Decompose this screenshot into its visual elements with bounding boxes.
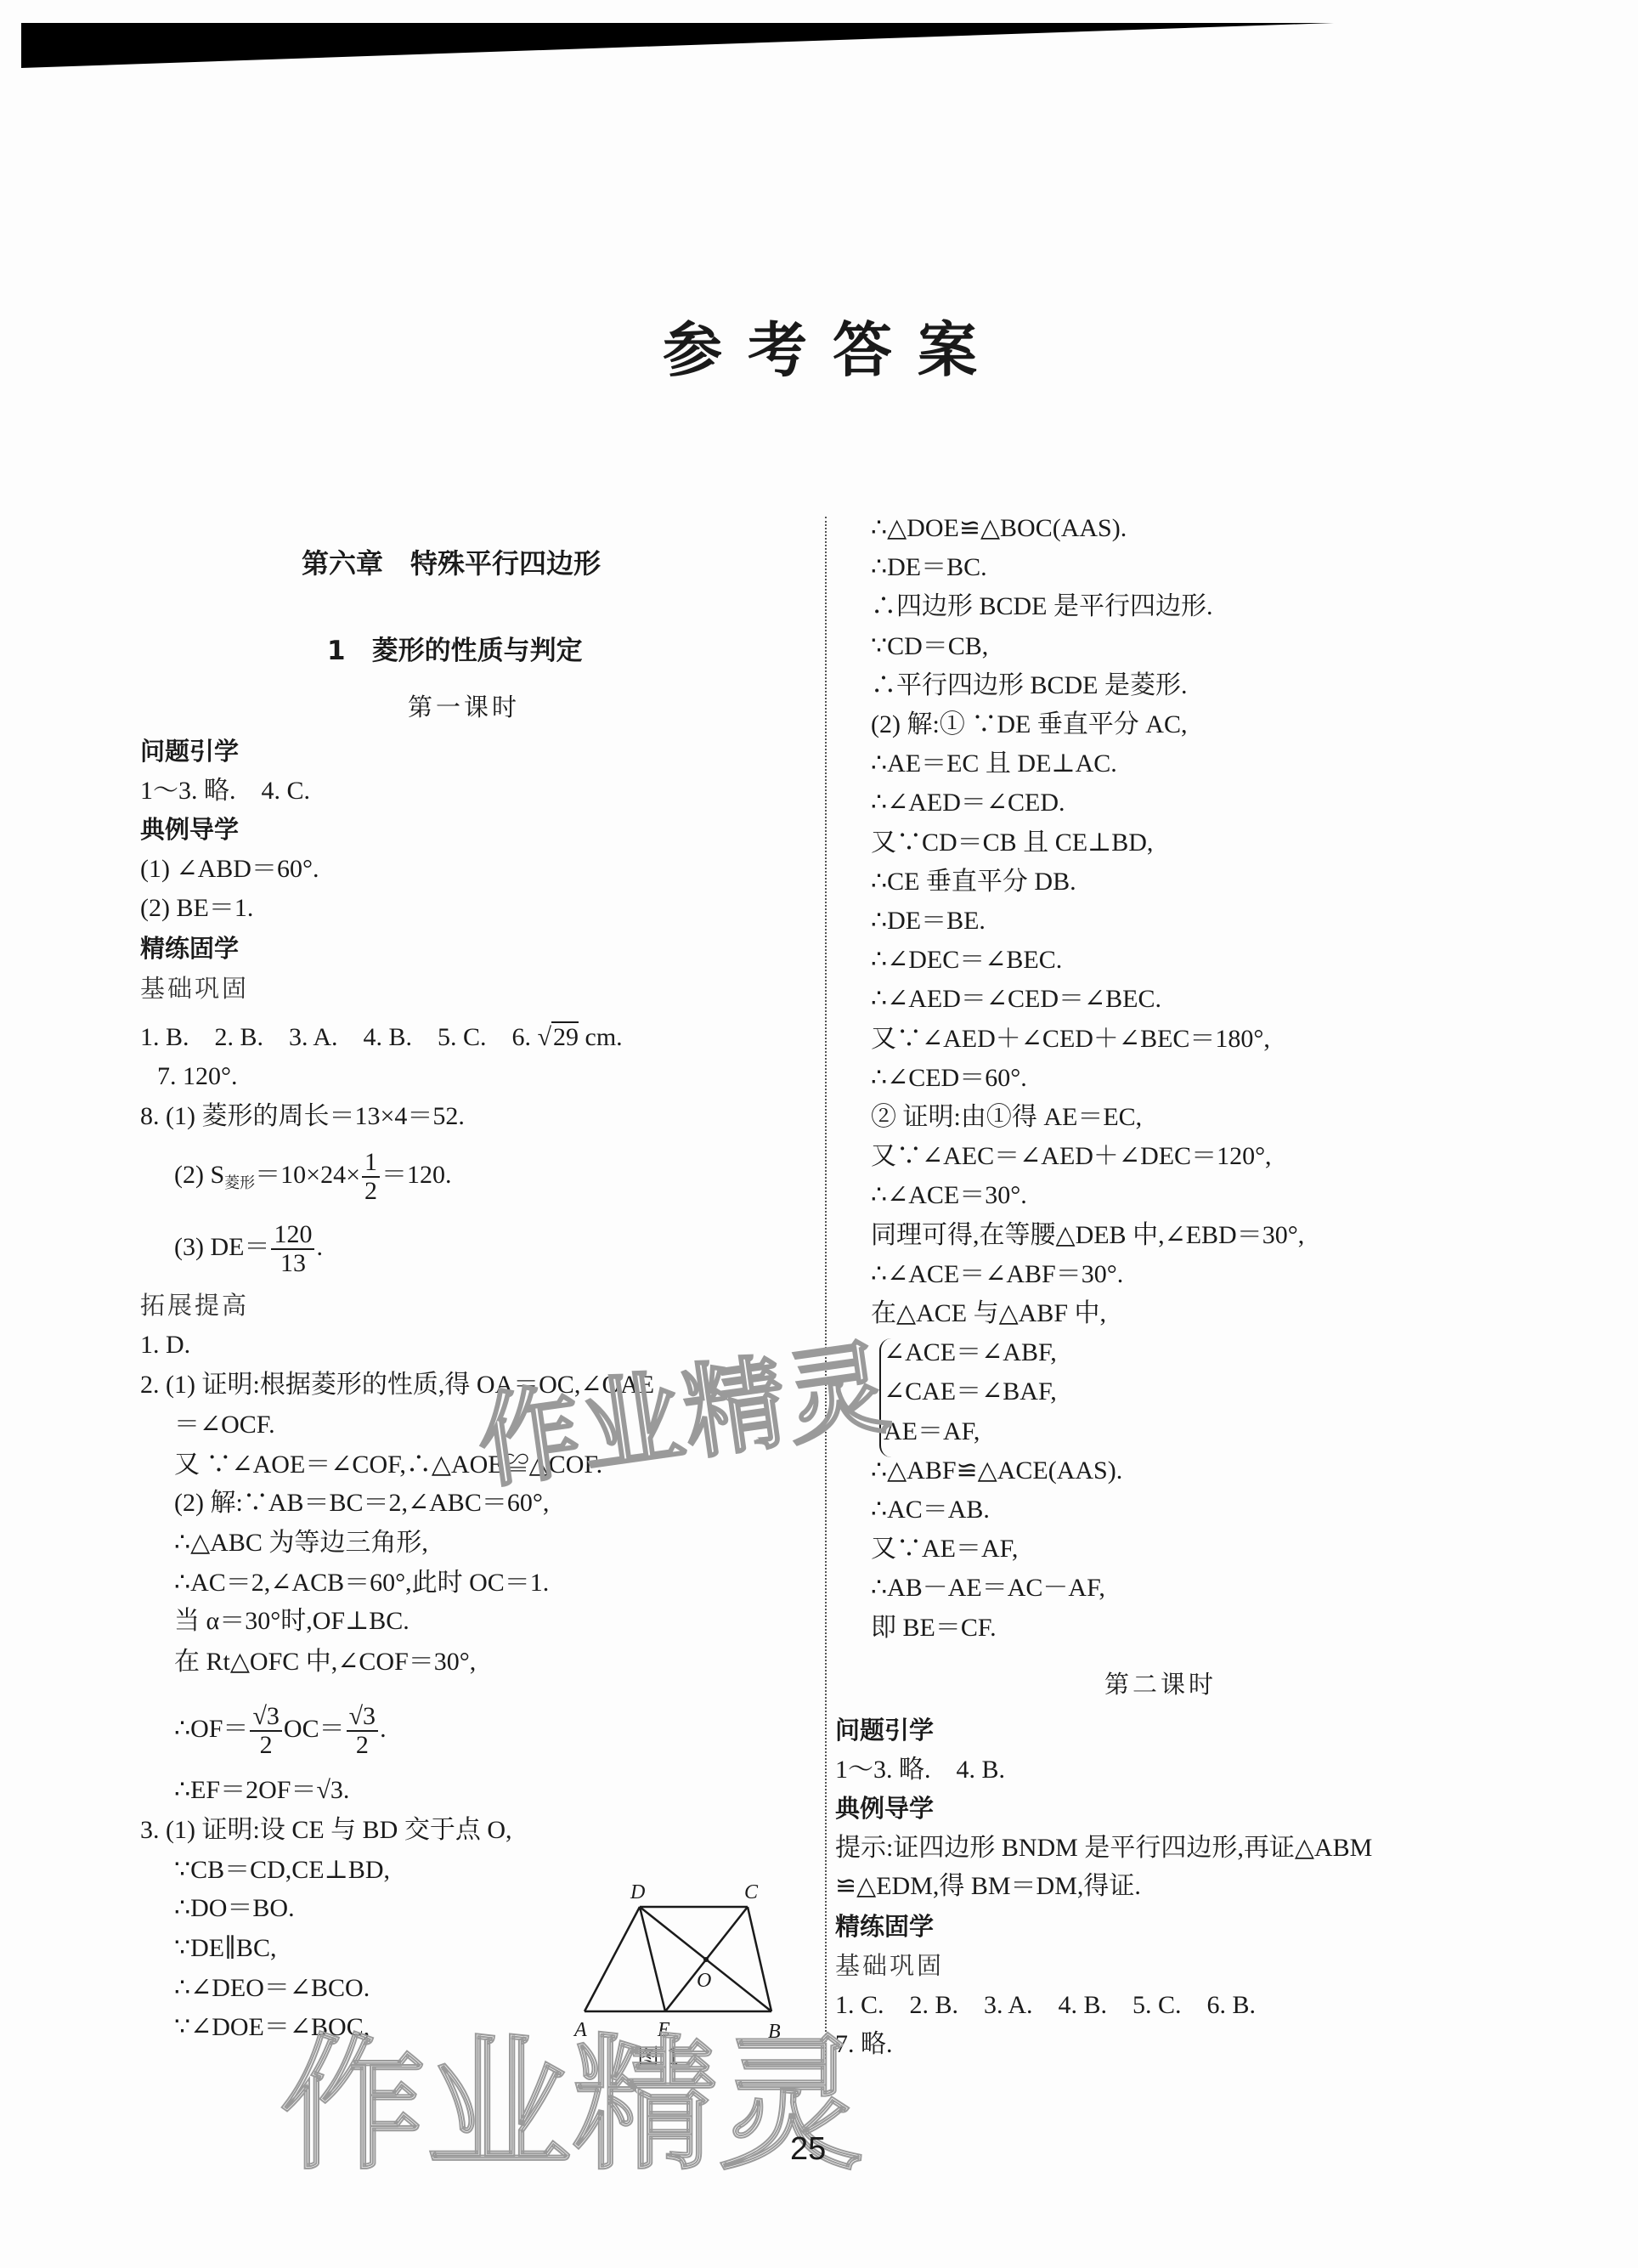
figure-label-o: O [697, 1970, 711, 1993]
proof-line: ∵CD＝CB, [871, 630, 988, 664]
chapter-heading: 第六章 特殊平行四边形 [302, 546, 601, 580]
proof-line: ∴AE＝EC 且 DE⊥AC. [871, 747, 1117, 781]
proof-line: ∴∠ACE＝30°. [871, 1179, 1027, 1213]
answer-line: 提示:证四边形 BNDM 是平行四边形,再证△ABM [835, 1831, 1372, 1865]
proof-line: ∴∠AED＝∠CED. [871, 786, 1065, 820]
answer-line: ∴OF＝√32OC＝√32. [174, 1700, 387, 1759]
figure-label-c: C [744, 1881, 758, 1904]
fraction: √32 [347, 1703, 378, 1759]
answer-line: ∴EF＝2OF＝√3. [174, 1773, 349, 1807]
answer-line: 2. (1) 证明:根据菱形的性质,得 OA＝OC,∠OAE [140, 1368, 654, 1402]
proof-line: ∴DE＝BE. [871, 904, 986, 938]
numerator: √3 [250, 1703, 281, 1732]
answer-text: 1. B. 2. B. 3. A. 4. B. 5. C. 6. [140, 1023, 538, 1051]
label-question-intro: 问题引学 [835, 1713, 934, 1747]
figure-caption: 图 1 [637, 2039, 681, 2071]
label-extension: 拓展提高 [140, 1288, 249, 1322]
answer-text: ＝10×24× [255, 1161, 360, 1189]
answer-line: 3. (1) 证明:设 CE 与 BD 交于点 O, [140, 1813, 512, 1847]
proof-line: ∴∠ACE＝∠ABF＝30°. [871, 1258, 1123, 1292]
answer-text: ∴OF＝ [174, 1715, 248, 1743]
answer-line: ∴△ABC 为等边三角形, [174, 1526, 428, 1560]
figure-label-e: E [658, 2019, 670, 2042]
proof-line: ∴∠CED＝60°. [871, 1061, 1027, 1095]
answer-text: . [380, 1715, 387, 1743]
proof-line: 又∵∠AED＋∠CED＋∠BEC＝180°, [871, 1022, 1270, 1056]
proof-line: ∴△DOE≌△BOC(AAS). [871, 512, 1127, 546]
answer-line: 1. D. [140, 1328, 190, 1362]
system-brace [879, 1338, 896, 1457]
answer-line: ≌△EDM,得 BM＝DM,得证. [835, 1869, 1141, 1903]
proof-line: ∴CE 垂直平分 DB. [871, 865, 1076, 899]
proof-line: ∴∠AED＝∠CED＝∠BEC. [871, 982, 1161, 1016]
answer-line: 又 ∵∠AOE＝∠COF,∴△AOE≌△COF. [174, 1448, 602, 1482]
figure-label-a: A [574, 2019, 587, 2042]
label-practice: 精练固学 [140, 931, 239, 965]
answer-line: (1) ∠ABD＝60°. [140, 852, 319, 886]
proof-line: ② 证明:由①得 AE＝EC, [871, 1100, 1142, 1134]
sqrt-sign: √ [538, 1023, 551, 1051]
numerator: √3 [347, 1703, 378, 1732]
section-heading: 1 菱形的性质与判定 [327, 634, 583, 668]
proof-line: 又∵AE＝AF, [871, 1532, 1018, 1566]
answer-line: 1～3. 略. 4. B. [835, 1753, 1005, 1787]
sqrt-value: 29 [551, 1021, 579, 1051]
proof-line: ∴四边形 BCDE 是平行四边形. [871, 590, 1213, 624]
label-example: 典例导学 [140, 812, 239, 846]
subscript: 菱形 [224, 1174, 255, 1192]
proof-line: 即 BE＝CF. [871, 1611, 997, 1645]
figure-label-d: D [630, 1881, 645, 1904]
proof-line: ∴△ABF≌△ACE(AAS). [871, 1454, 1122, 1488]
answer-line: 1～3. 略. 4. C. [140, 774, 310, 808]
fraction: 12013 [271, 1221, 314, 1277]
proof-line: ∴AB－AE＝AC－AF, [871, 1571, 1105, 1605]
proof-line: ∠ACE＝∠ABF, [884, 1336, 1057, 1370]
proof-line: ∴DE＝BC. [871, 551, 987, 585]
proof-line: 同理可得,在等腰△DEB 中,∠EBD＝30°, [871, 1219, 1304, 1253]
answer-line: 7. 略. [835, 2028, 893, 2062]
numerator: 120 [271, 1221, 314, 1250]
answer-line: ∵∠DOE＝∠BOC, [174, 2011, 370, 2045]
answer-line: 8. (1) 菱形的周长＝13×4＝52. [140, 1100, 465, 1134]
fraction: √32 [250, 1703, 281, 1759]
answer-line: (2) BE＝1. [140, 891, 253, 925]
answer-line: ＝∠OCF. [174, 1408, 275, 1442]
label-example: 典例导学 [835, 1791, 934, 1825]
answer-line: (2) 解:∵AB＝BC＝2,∠ABC＝60°, [174, 1486, 549, 1520]
denominator: 2 [250, 1732, 281, 1759]
page-number: 25 [790, 2131, 826, 2168]
numerator: 1 [362, 1149, 380, 1178]
proof-line: ∴AC＝AB. [871, 1493, 990, 1527]
answer-line: ∴DO＝BO. [174, 1892, 295, 1926]
proof-line: (2) 解:① ∵DE 垂直平分 AC, [871, 708, 1187, 742]
label-practice: 精练固学 [835, 1909, 934, 1943]
lesson-2-heading: 第二课时 [1104, 1667, 1217, 1701]
column-divider [825, 517, 827, 2059]
proof-line: ∴平行四边形 BCDE 是菱形. [871, 669, 1188, 703]
proof-line: ∴∠DEC＝∠BEC. [871, 943, 1062, 977]
figure-label-b: B [768, 2021, 781, 2044]
denominator: 2 [362, 1178, 380, 1205]
answer-line: 1. B. 2. B. 3. A. 4. B. 5. C. 6. √29 cm. [140, 1021, 623, 1055]
top-black-wedge [0, 0, 1638, 102]
answer-line: 7. 120°. [157, 1060, 238, 1094]
answer-line: 1. C. 2. B. 3. A. 4. B. 5. C. 6. B. [835, 1988, 1256, 2022]
answer-line: ∵DE∥BC, [174, 1931, 276, 1965]
answer-line: ∴∠DEO＝∠BCO. [174, 1971, 370, 2005]
answer-line: 在 Rt△OFC 中,∠COF＝30°, [174, 1645, 476, 1679]
label-basic: 基础巩固 [835, 1948, 944, 1982]
answer-line: 当 α＝30°时,OF⊥BC. [174, 1604, 409, 1638]
answer-text: ＝120. [381, 1161, 452, 1189]
answer-text: . [316, 1233, 323, 1261]
fraction: 12 [362, 1149, 380, 1205]
answer-line: ∵CB＝CD,CE⊥BD, [174, 1853, 390, 1887]
answer-text: (2) S [174, 1161, 224, 1189]
answer-text: (3) DE＝ [174, 1233, 269, 1261]
denominator: 2 [347, 1732, 378, 1759]
proof-line: 又∵CD＝CB 且 CE⊥BD, [871, 826, 1153, 860]
proof-line: ∠CAE＝∠BAF, [884, 1375, 1057, 1409]
answer-line: ∴AC＝2,∠ACB＝60°,此时 OC＝1. [174, 1566, 549, 1600]
answer-text: OC＝ [284, 1715, 345, 1743]
denominator: 13 [271, 1250, 314, 1277]
label-basic: 基础巩固 [140, 971, 249, 1005]
answer-line: (3) DE＝12013. [174, 1218, 323, 1277]
page-title: 参考答案 [654, 316, 1011, 384]
proof-line: AE＝AF, [884, 1415, 980, 1449]
unit: cm. [579, 1023, 623, 1051]
lesson-1-heading: 第一课时 [408, 690, 520, 724]
label-question-intro: 问题引学 [140, 734, 239, 768]
answer-line: (2) S菱形＝10×24×12＝120. [174, 1145, 452, 1213]
proof-line: 又∵∠AEC＝∠AED＋∠DEC＝120°, [871, 1140, 1272, 1174]
proof-line: 在△ACE 与△ABF 中, [871, 1297, 1106, 1331]
